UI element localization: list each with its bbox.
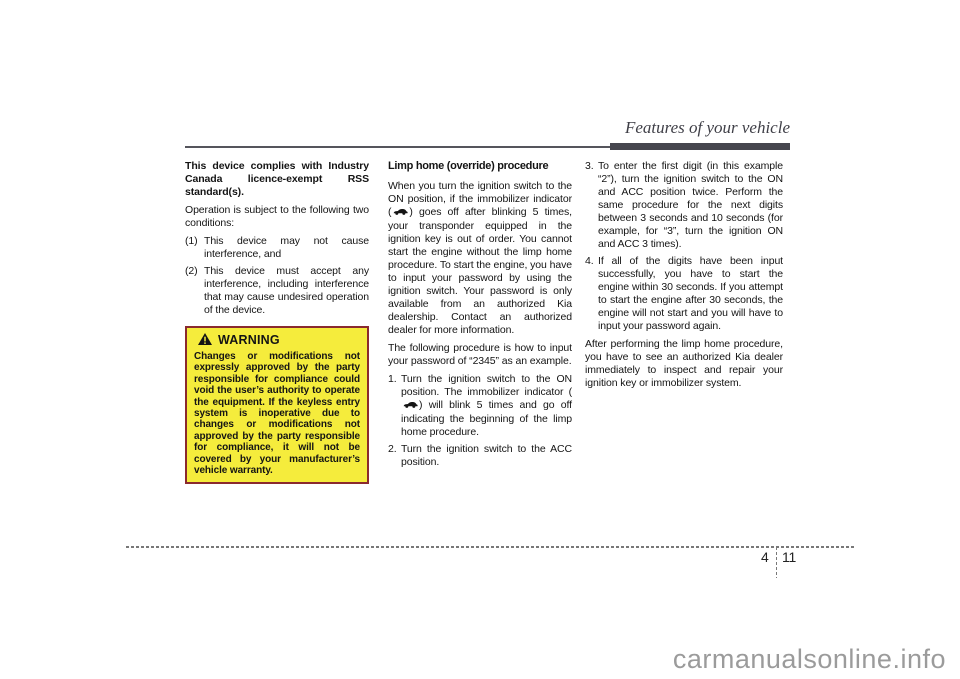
step-item-1: 1. Turn the ignition switch to the ON po…	[388, 373, 572, 439]
watermark-text: carmanualsonline.info	[673, 644, 946, 675]
header-accent-bar	[610, 143, 790, 150]
warning-title: WARNING	[218, 334, 280, 347]
page-number-divider	[776, 547, 777, 578]
step-text: Turn the ignition switch to the ACC posi…	[401, 443, 572, 468]
conditions-lead: Operation is subject to the following tw…	[185, 204, 369, 230]
page-header-title: Features of your vehicle	[625, 118, 790, 138]
limp-home-heading: Limp home (override) procedure	[388, 160, 572, 173]
condition-number: (1)	[185, 235, 198, 248]
column-limp-home-continued: 3. To enter the first digit (in this exa…	[585, 160, 783, 395]
step-text: If all of the digits have been input suc…	[598, 255, 783, 332]
warning-box: WARNING Changes or modifications not exp…	[185, 326, 369, 484]
manual-page: Features of your vehicle This device com…	[0, 0, 960, 679]
condition-item-1: (1) This device may not cause interferen…	[185, 235, 369, 261]
car-immobilizer-icon	[402, 400, 418, 413]
footer-dashed-divider	[126, 546, 856, 548]
step-number: 2.	[388, 443, 397, 456]
limp-home-paragraph-2: The following procedure is how to input …	[388, 342, 572, 368]
warning-triangle-icon	[198, 333, 212, 348]
column-regulatory: This device complies with Industry Canad…	[185, 160, 369, 484]
paragraph-text: ) goes off after blinking 5 times, your …	[388, 206, 572, 336]
step-number: 4.	[585, 255, 594, 268]
condition-text: This device must accept any interference…	[204, 265, 369, 316]
condition-item-2: (2) This device must accept any interfer…	[185, 265, 369, 317]
warning-text: Changes or modifications not expressly a…	[194, 351, 360, 476]
step-number: 3.	[585, 160, 594, 173]
page-number: 11	[782, 549, 796, 565]
step-item-2: 2. Turn the ignition switch to the ACC p…	[388, 443, 572, 469]
step-text-part: ) will blink 5 times and go off indicati…	[401, 399, 572, 438]
car-immobilizer-icon	[392, 207, 408, 220]
step-item-4: 4. If all of the digits have been input …	[585, 255, 783, 333]
step-item-3: 3. To enter the first digit (in this exa…	[585, 160, 783, 251]
limp-home-paragraph-1: When you turn the ignition switch to the…	[388, 180, 572, 337]
step-number: 1.	[388, 373, 397, 386]
regulatory-intro: This device complies with Industry Canad…	[185, 160, 369, 199]
condition-text: This device may not cause interference, …	[204, 235, 369, 260]
step-text: Turn the ignition switch to the ON posit…	[401, 373, 572, 438]
header-rule	[185, 146, 611, 148]
warning-title-row: WARNING	[194, 333, 360, 348]
section-number: 4	[761, 549, 769, 565]
condition-number: (2)	[185, 265, 198, 278]
column-limp-home: Limp home (override) procedure When you …	[388, 160, 572, 473]
step-text: To enter the first digit (in this exampl…	[598, 160, 783, 250]
step-text-part: Turn the ignition switch to the ON posit…	[401, 373, 572, 398]
closing-paragraph: After performing the limp home procedure…	[585, 338, 783, 390]
